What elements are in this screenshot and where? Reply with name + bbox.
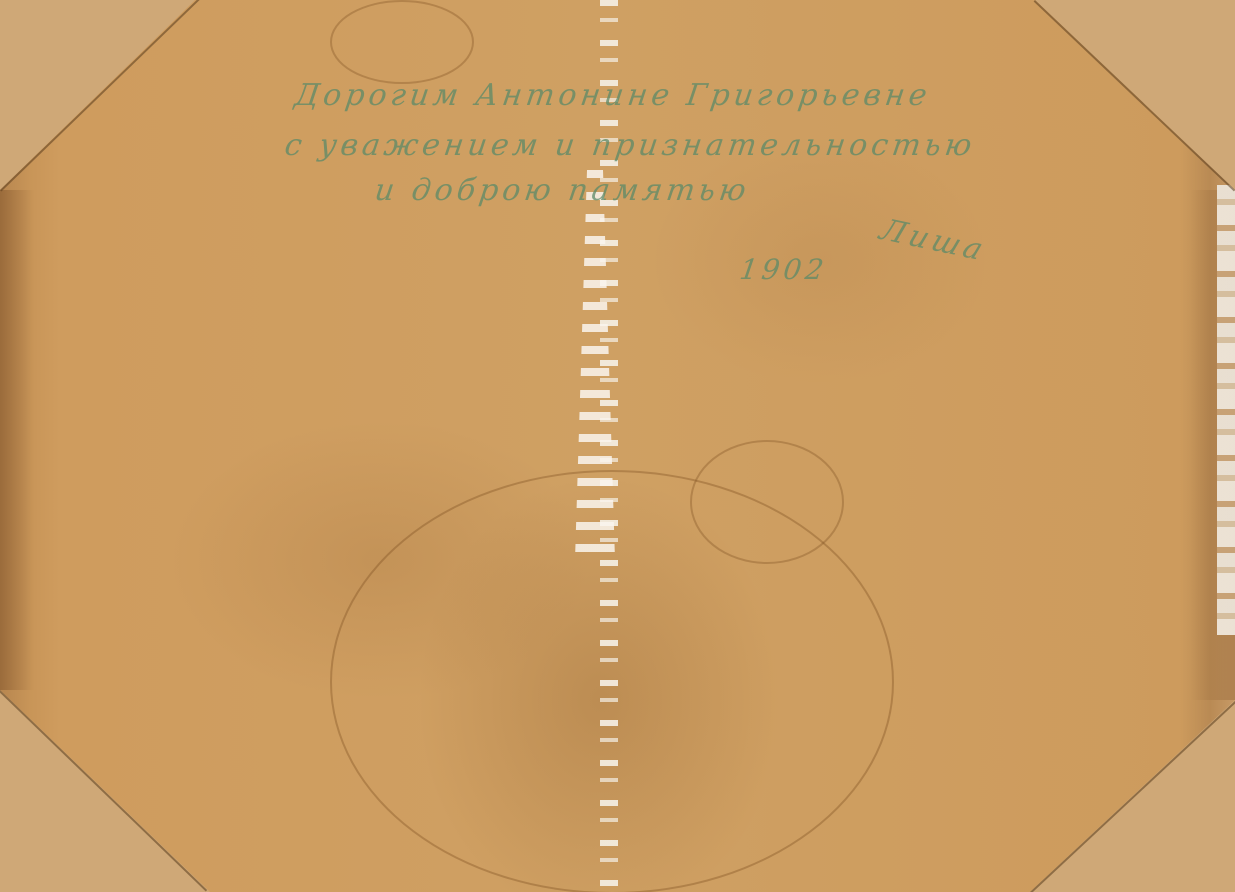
handwritten-inscription: Дорогим Антонине Григорьевне с уважением…: [295, 78, 1115, 318]
water-stain-top: [330, 0, 474, 84]
inscription-date: 1902: [738, 253, 830, 286]
water-stain-small: [690, 440, 844, 564]
left-edge-stain: [0, 190, 34, 690]
photo-scene: Дорогим Антонине Григорьевне с уважением…: [0, 0, 1235, 892]
inscription-line-3: и доброю памятью: [373, 173, 753, 208]
inscription-signature: Лиша: [875, 213, 991, 268]
octagonal-paper-sheet: Дорогим Антонине Григорьевне с уважением…: [0, 0, 1235, 892]
inscription-line-2: с уважением и признательностью: [283, 128, 978, 163]
inscription-line-1: Дорогим Антонине Григорьевне: [293, 78, 934, 113]
paint-flaking-right-edge: [1217, 185, 1235, 635]
